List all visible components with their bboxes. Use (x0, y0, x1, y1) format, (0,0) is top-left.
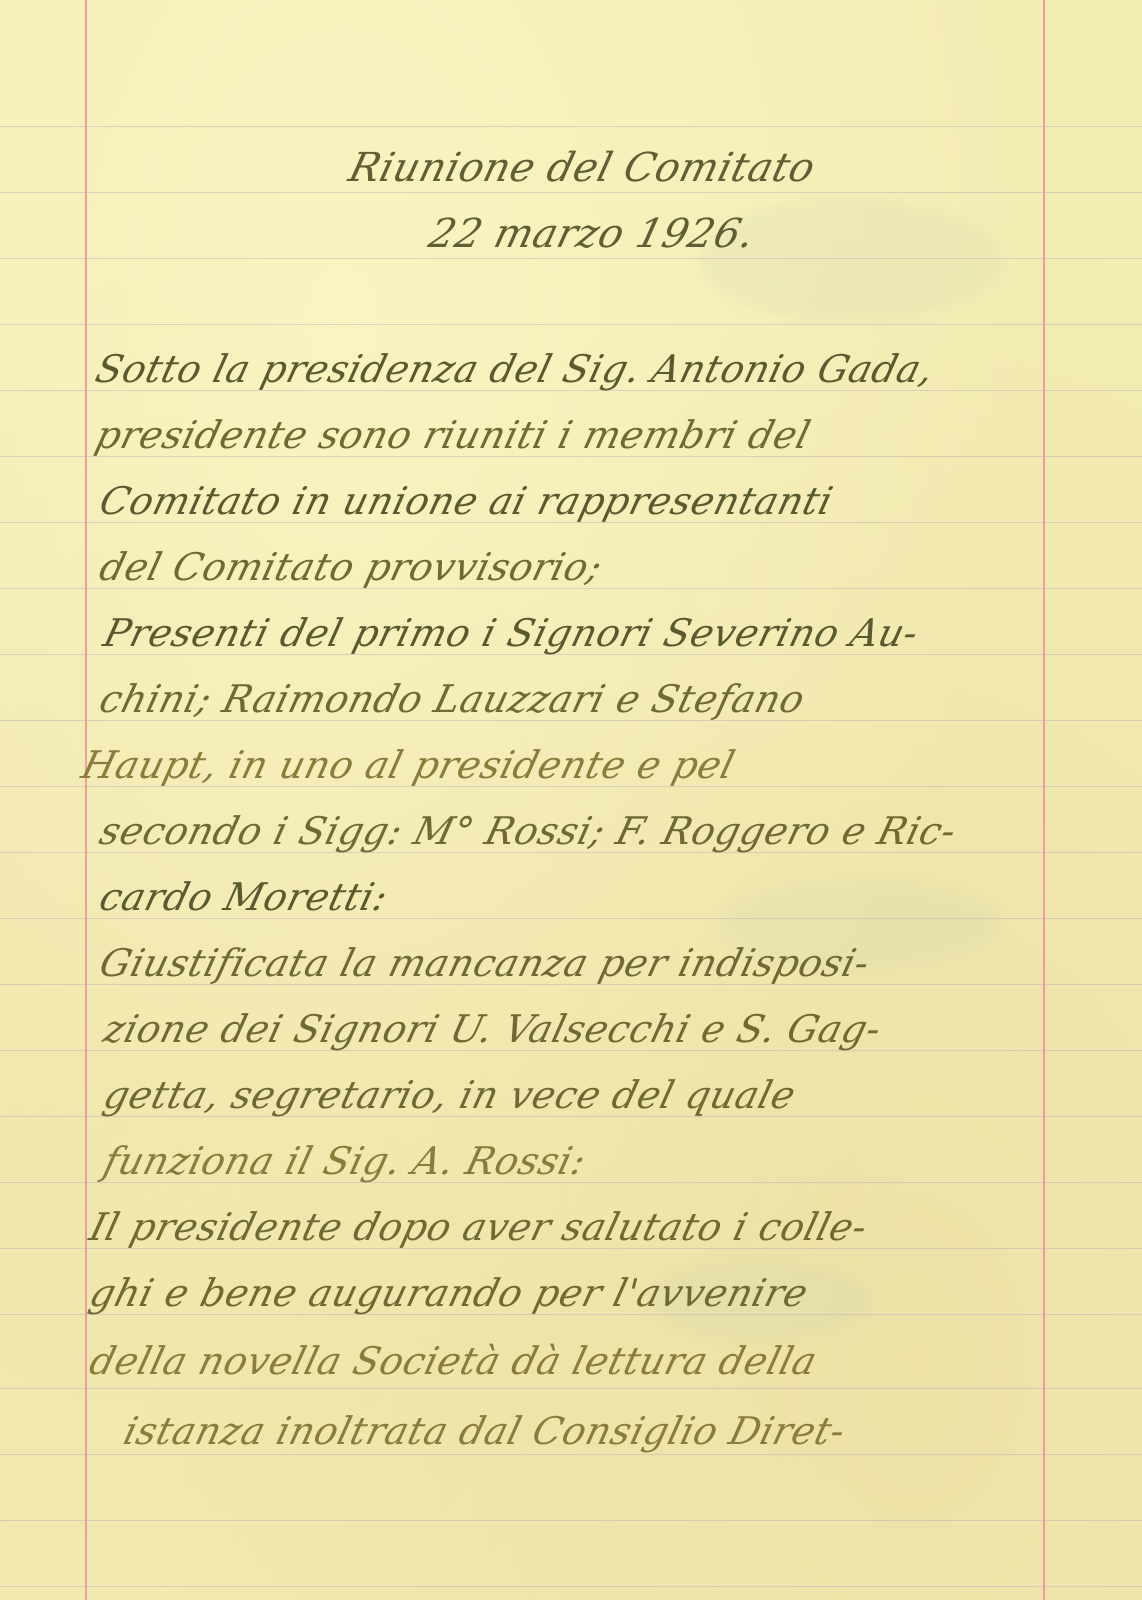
ruled-line (0, 1586, 1142, 1587)
title-date: 22 marzo 1926. (425, 214, 759, 254)
ruled-line (0, 258, 1142, 259)
notebook-page: Riunione del Comitato 22 marzo 1926. Sot… (0, 0, 1142, 1600)
body-line-14: Il presidente dopo aver salutato i colle… (86, 1208, 871, 1246)
body-line-2: presidente sono riuniti i membri del (92, 416, 814, 454)
ruled-line (0, 126, 1142, 127)
body-line-10: Giustificata la mancanza per indisposi- (96, 944, 874, 982)
body-line-11: zione dei Signori U. Valsecchi e S. Gag- (100, 1010, 885, 1048)
body-line-4: del Comitato provvisorio; (96, 548, 606, 586)
body-line-12: getta, segretario, in vece del quale (100, 1076, 800, 1114)
body-line-6: chini; Raimondo Lauzzari e Stefano (96, 680, 809, 718)
body-line-8: secondo i Sigg: M° Rossi; F. Roggero e R… (96, 812, 960, 850)
left-margin-line (85, 0, 87, 1600)
ruled-line (0, 1454, 1142, 1455)
ruled-line (0, 324, 1142, 325)
body-line-9: cardo Moretti: (96, 878, 392, 916)
body-line-1: Sotto la presidenza del Sig. Antonio Gad… (92, 350, 938, 388)
right-margin-line (1043, 0, 1045, 1600)
ruled-line (0, 1520, 1142, 1521)
body-line-15: ghi e bene augurando per l'avvenire (86, 1274, 812, 1312)
title-line-1: Riunione del Comitato (345, 148, 819, 188)
body-line-16: della novella Società dà lettura della (86, 1342, 821, 1380)
ruled-line (0, 1388, 1142, 1389)
body-line-7: Haupt, in uno al presidente e pel (78, 746, 739, 784)
ruled-line (0, 192, 1142, 193)
body-line-13: funziona il Sig. A. Rossi: (100, 1142, 590, 1180)
body-line-17: istanza inoltrata dal Consiglio Diret- (120, 1412, 849, 1450)
body-line-5: Presenti del primo i Signori Severino Au… (100, 614, 922, 652)
body-line-3: Comitato in unione ai rappresentanti (96, 482, 837, 520)
